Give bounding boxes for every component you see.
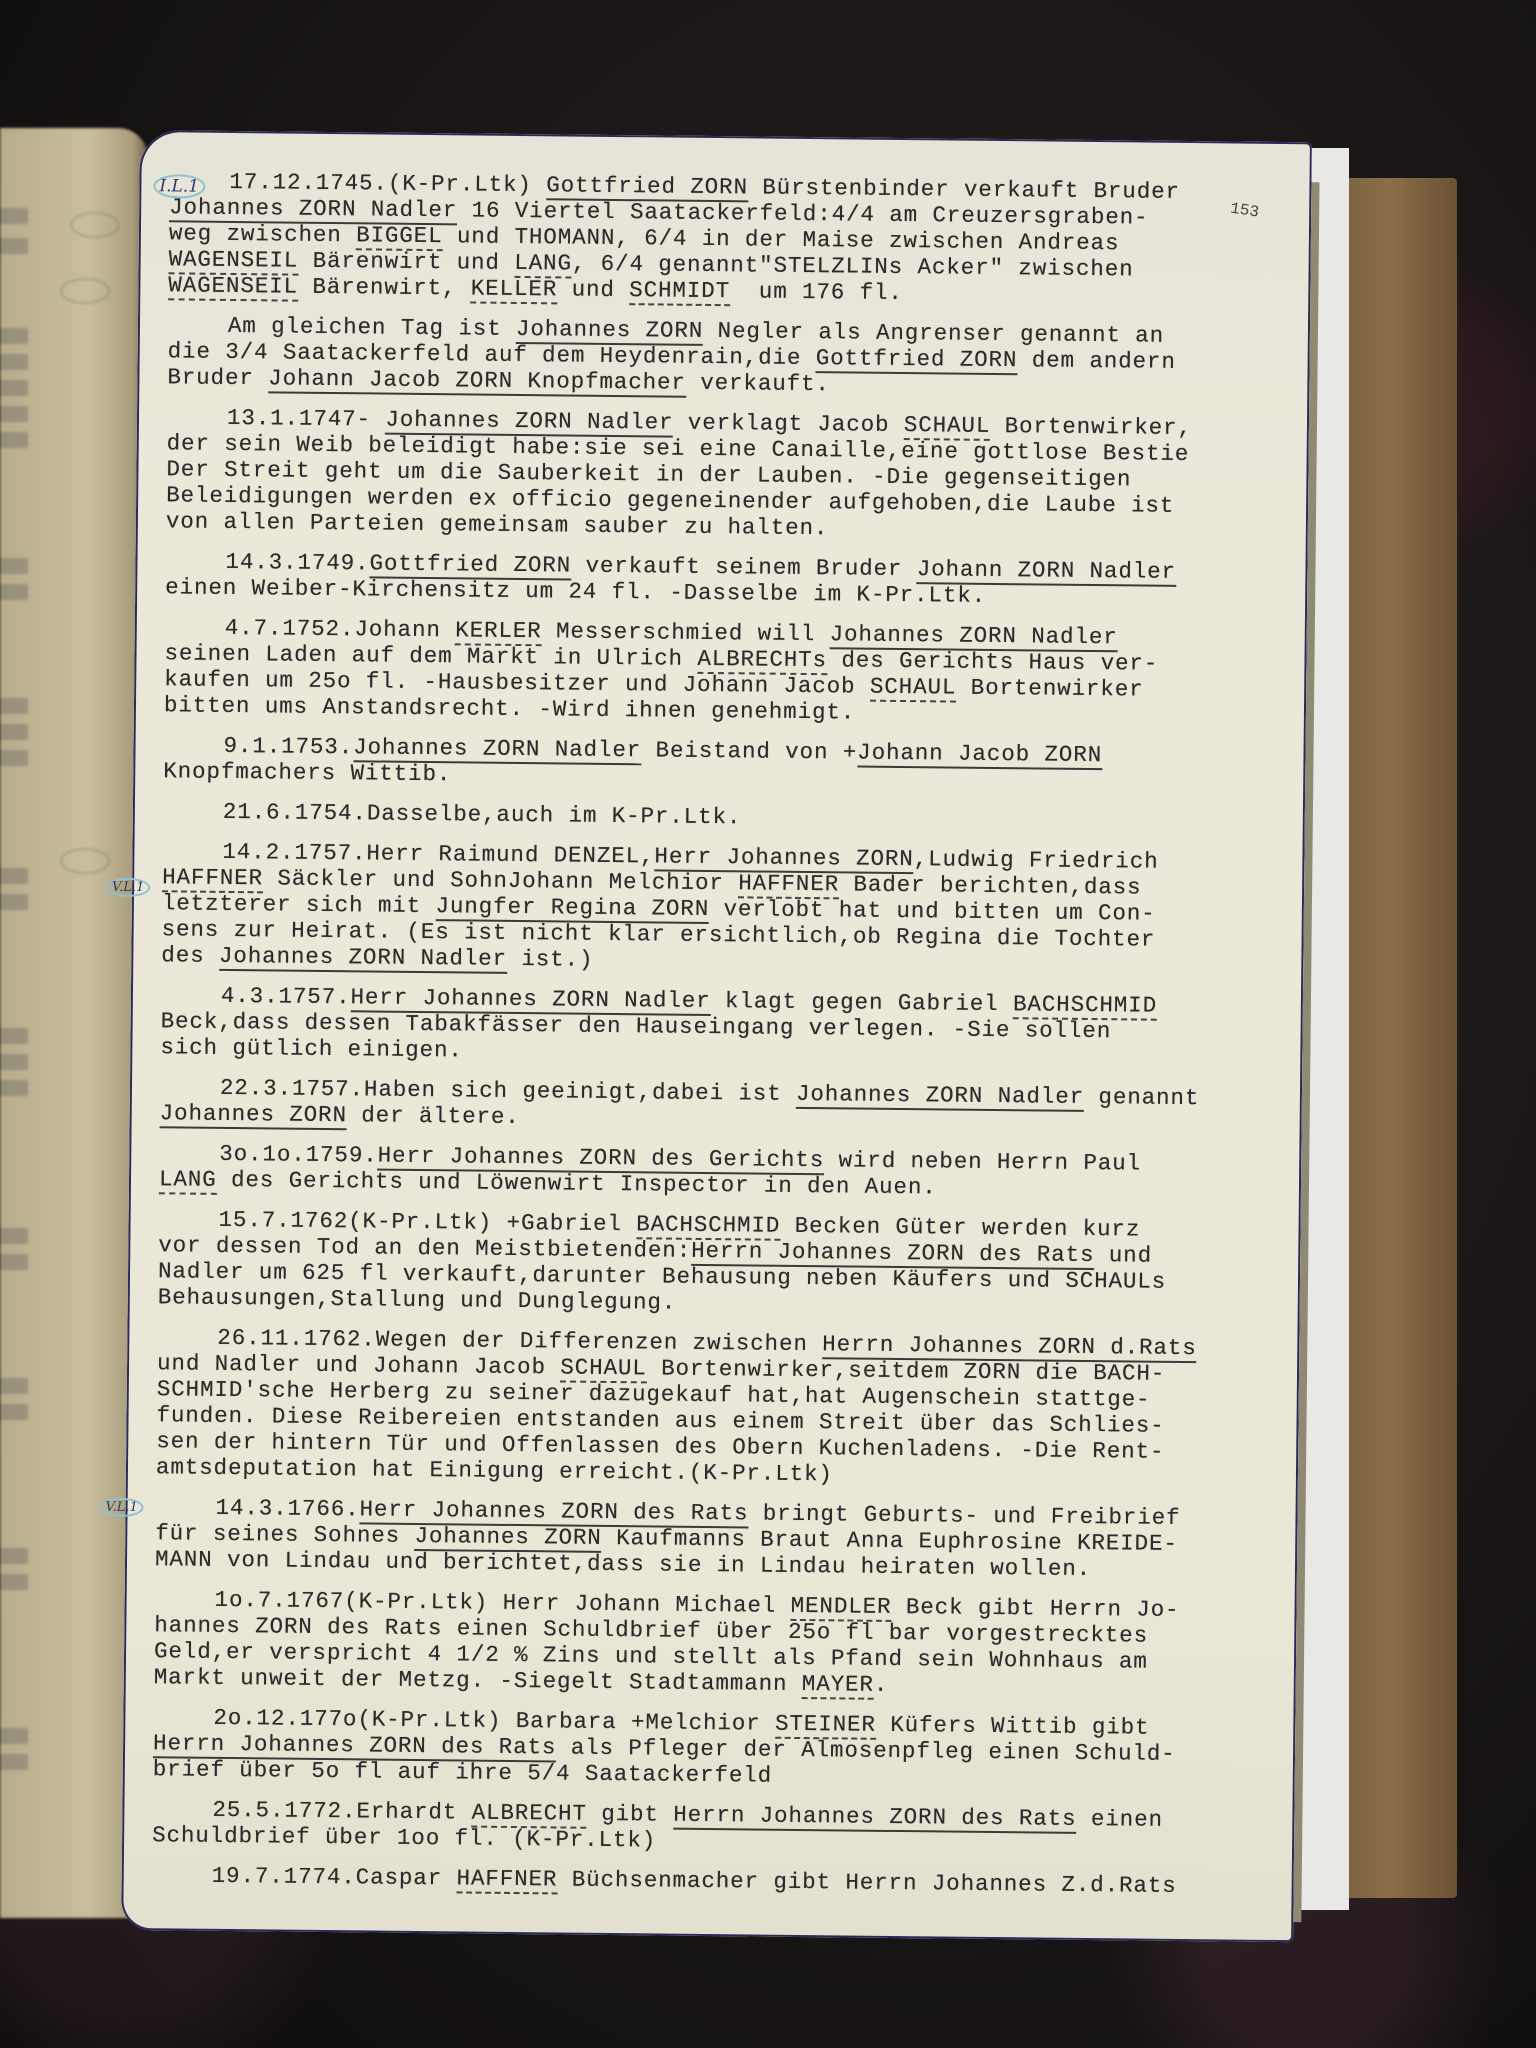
entry-text: Bruder Johann Jacob ZORN Knopfmacher ver… xyxy=(167,364,830,397)
document-entry: 22.3.1757.Haben sich geeinigt,dabei ist … xyxy=(160,1074,1282,1138)
document-entry: 1o.7.1767(K-Pr.Ltk) Herr Johann Michael … xyxy=(154,1586,1277,1702)
document-entry: 25.5.1772.Erhardt ALBRECHT gibt Herrn Jo… xyxy=(152,1796,1274,1860)
margin-mark-1757: V.L.1 xyxy=(106,878,150,897)
entry-text: brief über 5o fl auf ihre 5/4 Saatackerf… xyxy=(153,1756,773,1788)
entry-date: 26.11.1762. xyxy=(217,1325,376,1353)
entry-text: Behausungen,Stallung und Dunglegung. xyxy=(158,1284,677,1315)
entry-date: 14.3.1766. xyxy=(215,1495,359,1523)
document-entry: 4.3.1757.Herr Johannes ZORN Nadler klagt… xyxy=(160,982,1283,1072)
entry-date: 2o.12.177o(K-Pr.Ltk) xyxy=(213,1705,516,1734)
book-page-block xyxy=(1345,178,1457,1898)
entry-date: 14.2.1757. xyxy=(222,839,366,867)
entry-text: Schuldbrief über 1oo fl. (K-Pr.Ltk) xyxy=(152,1822,656,1853)
margin-mark-1766: V.L.1 xyxy=(99,1498,143,1517)
entry-text: von allen Parteien gemeinsam sauber zu h… xyxy=(166,508,829,541)
entry-text: Johannes ZORN der ältere. xyxy=(160,1100,520,1130)
document-entry: 14.3.1766.Herr Johannes ZORN des Rats br… xyxy=(155,1494,1278,1584)
document-entry: 14.2.1757.Herr Raimund DENZEL,Herr Johan… xyxy=(161,838,1284,980)
document-entry: 19.7.1774.Caspar HAFFNER Büchsenmacher g… xyxy=(152,1862,1274,1900)
document-entry: 3o.1o.1759.Herr Johannes ZORN des Gerich… xyxy=(159,1140,1281,1204)
document-entry: 26.11.1762.Wegen der Differenzen zwische… xyxy=(156,1324,1280,1492)
document-entry: 17.12.1745.(K-Pr.Ltk) Gottfried ZORN Bür… xyxy=(168,168,1291,310)
entry-date: 14.3.1749. xyxy=(225,549,369,577)
document-entry: 4.7.1752.Johann KERLER Messerschmied wil… xyxy=(164,614,1287,730)
document-entry: 15.7.1762(K-Pr.Ltk) +Gabriel BACHSCHMID … xyxy=(158,1206,1281,1322)
entry-date: 4.7.1752. xyxy=(225,615,355,642)
document-body: 17.12.1745.(K-Pr.Ltk) Gottfried ZORN Bür… xyxy=(151,168,1291,1914)
typed-document-sheet: 153 I.L.1 V.L.1 V.L.1 17.12.1745.(K-Pr.L… xyxy=(121,130,1312,1942)
entry-text: Dasselbe,auch im K-Pr.Ltk. xyxy=(367,800,742,830)
entry-date: 15.7.1762(K-Pr.Ltk) xyxy=(218,1207,506,1236)
document-entry: 9.1.1753.Johannes ZORN Nadler Beistand v… xyxy=(163,732,1285,796)
entry-text: Caspar HAFFNER Büchsenmacher gibt Herrn … xyxy=(356,1864,1177,1899)
entry-text: sich gütlich einigen. xyxy=(160,1034,463,1063)
document-entry: 21.6.1754.Dasselbe,auch im K-Pr.Ltk. xyxy=(163,798,1285,836)
entry-first-line: 19.7.1774.Caspar HAFFNER Büchsenmacher g… xyxy=(152,1862,1274,1900)
entry-date: 22.3.1757. xyxy=(220,1075,364,1103)
document-entry: 14.3.1749.Gottfried ZORN verkauft seinem… xyxy=(165,548,1287,612)
entry-date: 25.5.1772. xyxy=(212,1797,356,1825)
document-entry: 2o.12.177o(K-Pr.Ltk) Barbara +Melchior S… xyxy=(153,1704,1276,1794)
document-entry: Am gleichen Tag ist Johannes ZORN Negler… xyxy=(167,312,1290,402)
entry-date: 17.12.1745.(K-Pr.Ltk) xyxy=(229,169,546,198)
entry-date: 21.6.1754. xyxy=(223,799,367,827)
entry-date: 1o.7.1767(K-Pr.Ltk) xyxy=(214,1587,502,1616)
entry-text: Knopfmachers Wittib. xyxy=(163,758,451,787)
entry-date: 3o.1o.1759. xyxy=(219,1141,378,1169)
entry-date: 19.7.1774. xyxy=(212,1863,356,1891)
entry-date: 9.1.1753. xyxy=(223,733,353,760)
entry-first-line: 21.6.1754.Dasselbe,auch im K-Pr.Ltk. xyxy=(163,798,1285,836)
entry-date: 4.3.1757. xyxy=(221,983,351,1010)
entry-date: 13.1.1747- xyxy=(227,405,386,433)
document-entry: 13.1.1747- Johannes ZORN Nadler verklagt… xyxy=(166,404,1289,546)
entry-text: des Johannes ZORN Nadler ist.) xyxy=(161,942,593,974)
